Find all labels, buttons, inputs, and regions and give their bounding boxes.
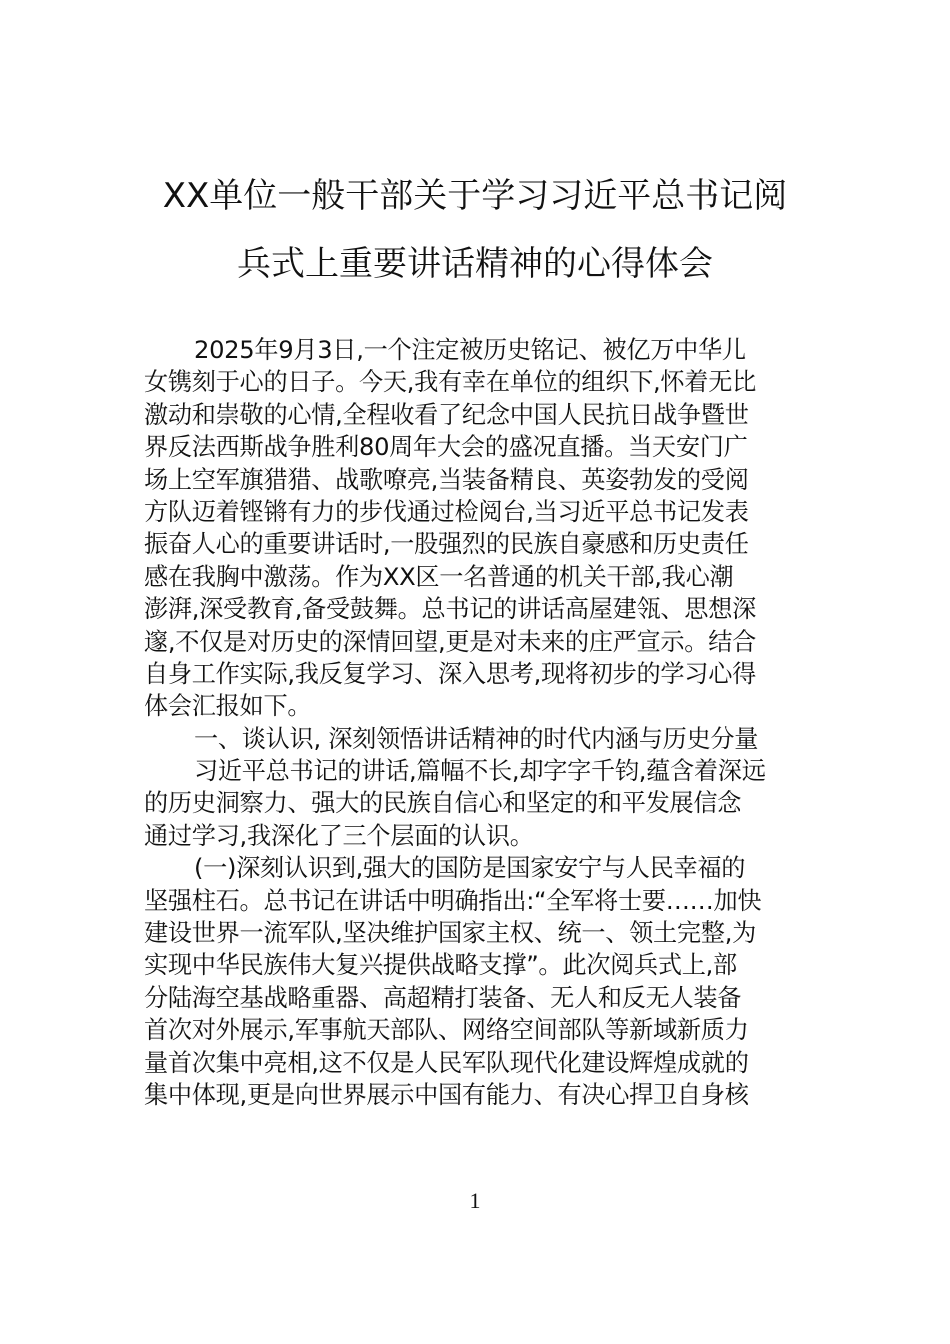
body-text-line: 自身工作实际,我反复学习、深入思考,现将初步的学习心得 xyxy=(144,658,808,690)
body-text-line: 一、谈认识, 深刻领悟讲话精神的时代内涵与历史分量 xyxy=(144,723,808,755)
body-text-line: 集中体现,更是向世界展示中国有能力、有决心捍卫自身核 xyxy=(144,1079,808,1111)
page-number: 1 xyxy=(0,1188,950,1214)
body-text-line: 感在我胸中激荡。作为XX区一名普通的机关干部,我心潮 xyxy=(144,561,808,593)
body-text-line: 2025年9月3日,一个注定被历史铭记、被亿万中华儿 xyxy=(144,334,808,366)
document-page: XX单位一般干部关于学习习近平总书记阅 兵式上重要讲话精神的心得体会 2025年… xyxy=(0,0,950,1344)
body-text-line: 坚强柱石。总书记在讲话中明确指出:“全军将士要……加快 xyxy=(144,885,808,917)
document-title-line-2: 兵式上重要讲话精神的心得体会 xyxy=(140,244,810,284)
body-text-line: 界反法西斯战争胜利80周年大会的盛况直播。当天安门广 xyxy=(144,431,808,463)
body-text-line: 分陆海空基战略重器、高超精打装备、无人和反无人装备 xyxy=(144,982,808,1014)
body-text-line: 实现中华民族伟大复兴提供战略支撑”。此次阅兵式上,部 xyxy=(144,949,808,981)
body-text-line: 场上空军旗猎猎、战歌嘹亮,当装备精良、英姿勃发的受阅 xyxy=(144,464,808,496)
body-text-line: 激动和崇敬的心情,全程收看了纪念中国人民抗日战争暨世 xyxy=(144,399,808,431)
body-text-line: 建设世界一流军队,坚决维护国家主权、统一、领土完整,为 xyxy=(144,917,808,949)
body-text-line: 方队迈着铿锵有力的步伐通过检阅台,当习近平总书记发表 xyxy=(144,496,808,528)
body-text-line: 澎湃,深受教育,备受鼓舞。总书记的讲话高屋建瓴、思想深 xyxy=(144,593,808,625)
body-text-line: 体会汇报如下。 xyxy=(144,690,808,722)
body-text-line: 通过学习,我深化了三个层面的认识。 xyxy=(144,820,808,852)
body-text-line: 邃,不仅是对历史的深情回望,更是对未来的庄严宣示。结合 xyxy=(144,626,808,658)
body-text-line: 女镌刻于心的日子。今天,我有幸在单位的组织下,怀着无比 xyxy=(144,366,808,398)
document-title-line-1: XX单位一般干部关于学习习近平总书记阅 xyxy=(140,176,810,216)
document-body: 2025年9月3日,一个注定被历史铭记、被亿万中华儿女镌刻于心的日子。今天,我有… xyxy=(144,334,808,1111)
body-text-line: (一)深刻认识到,强大的国防是国家安宁与人民幸福的 xyxy=(144,852,808,884)
body-text-line: 量首次集中亮相,这不仅是人民军队现代化建设辉煌成就的 xyxy=(144,1047,808,1079)
body-text-line: 振奋人心的重要讲话时,一股强烈的民族自豪感和历史责任 xyxy=(144,528,808,560)
body-text-line: 的历史洞察力、强大的民族自信心和坚定的和平发展信念 xyxy=(144,787,808,819)
body-text-line: 首次对外展示,军事航天部队、网络空间部队等新域新质力 xyxy=(144,1014,808,1046)
body-text-line: 习近平总书记的讲话,篇幅不长,却字字千钧,蕴含着深远 xyxy=(144,755,808,787)
